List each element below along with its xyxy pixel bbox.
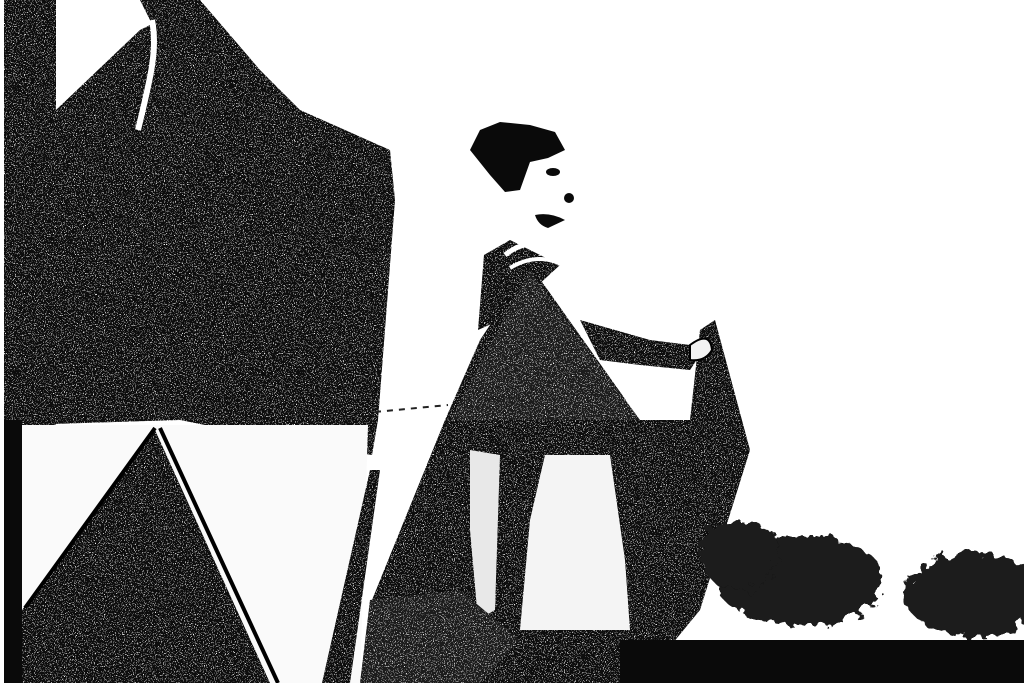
ground (620, 640, 1024, 683)
photograph (0, 0, 1024, 683)
